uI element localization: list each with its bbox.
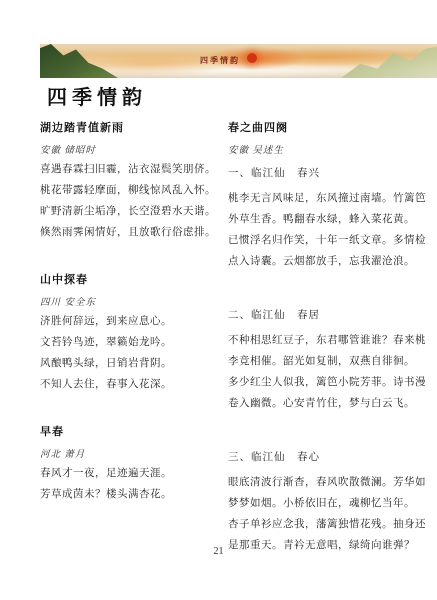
poem-line: 李竞相催。韶光如复制，双燕自徘徊。 xyxy=(228,351,430,372)
poem-line: 倏然雨霁闲情好，且放歌行俗虑排。 xyxy=(40,222,222,243)
poem-line: 多少红尘人似我，篱笆小院芳菲。诗书漫 xyxy=(228,372,430,393)
poem-line: 济胜何辞远，到来应息心。 xyxy=(40,311,222,332)
page-number: 21 xyxy=(0,546,437,557)
poem-author: 安徽 吴述生 xyxy=(228,142,430,156)
poem-line: 外草生香。鸭翻春水绿，蜂入菜花黄。 xyxy=(228,209,430,230)
page-title: 四季情韵 xyxy=(47,81,147,110)
poem-title: 早春 xyxy=(40,423,222,439)
poem-section-1: 一、临江仙 春兴 桃李无言风味足，东风撞过南墙。竹篱笆 外草生香。鸭翻春水绿，蜂… xyxy=(228,163,430,272)
poem-line: 不种相思红豆子，东君哪管谁谁？春来桃 xyxy=(228,330,430,351)
poem-line: 卷入幽微。心安青竹住，梦与白云飞。 xyxy=(228,393,430,414)
sun-icon xyxy=(247,53,257,63)
poem-line: 桃花带露轻摩面，柳线惊风乱入怀。 xyxy=(40,180,222,201)
section-heading: 二、临江仙 春居 xyxy=(228,305,430,326)
banner-caption: 四季情韵 xyxy=(200,55,240,66)
poem-line: 风酿鸭头绿，日销岩背阴。 xyxy=(40,353,222,374)
header-banner-image: 四季情韵 xyxy=(40,44,437,78)
poem-line: 桃李无言风味足，东风撞过南墙。竹篱笆 xyxy=(228,188,430,209)
poem-line: 已惯浮名归作笑，十年一纸文章。多情检 xyxy=(228,230,430,251)
poem-author: 四川 安全东 xyxy=(40,294,222,308)
poem-line: 点入诗囊。云烟都放手，忘我濯沧浪。 xyxy=(228,251,430,272)
poem-title: 山中探春 xyxy=(40,271,222,287)
poem-line: 芳草成茵未？楼头满杏花。 xyxy=(40,484,222,505)
poem-section-3: 三、临江仙 春心 眼底清波行渐杳，春风吹散微澜。芳华如 梦梦如烟。小桥依旧在，魂… xyxy=(228,447,430,556)
poem-chunzhiqu: 春之曲四阕 安徽 吴述生 一、临江仙 春兴 桃李无言风味足，东风撞过南墙。竹篱笆… xyxy=(228,119,430,556)
poem-author: 河北 萧月 xyxy=(40,446,222,460)
poem-section-2: 二、临江仙 春居 不种相思红豆子，东君哪管谁谁？春来桃 李竞相催。韶光如复制，双… xyxy=(228,305,430,414)
section-heading: 一、临江仙 春兴 xyxy=(228,163,430,184)
poem-title: 湖边踏青值新雨 xyxy=(40,119,222,135)
section-heading: 三、临江仙 春心 xyxy=(228,447,430,468)
poem-zaochun: 早春 河北 萧月 春风才一夜，足迹遍天涯。 芳草成茵未？楼头满杏花。 xyxy=(40,423,222,505)
poem-hubian-taqing: 湖边踏青值新雨 安徽 储昭时 喜遇春霖扫旧霾，沾衣湿鬓笑朋侪。 桃花带露轻摩面，… xyxy=(40,119,222,243)
right-column: 春之曲四阕 安徽 吴述生 一、临江仙 春兴 桃李无言风味足，东风撞过南墙。竹篱笆… xyxy=(228,119,430,556)
poem-line: 眼底清波行渐杳，春风吹散微澜。芳华如 xyxy=(228,472,430,493)
poem-line: 旷野清新尘垢净，长空澄碧水天谐。 xyxy=(40,201,222,222)
poem-line: 喜遇春霖扫旧霾，沾衣湿鬓笑朋侪。 xyxy=(40,159,222,180)
poem-author: 安徽 储昭时 xyxy=(40,142,222,156)
poem-line: 不知人去住，春事入花深。 xyxy=(40,374,222,395)
poem-line: 文苔钤鸟迹，翠籁始龙吟。 xyxy=(40,332,222,353)
poem-shanzhong-tanchun: 山中探春 四川 安全东 济胜何辞远，到来应息心。 文苔钤鸟迹，翠籁始龙吟。 风酿… xyxy=(40,271,222,395)
poem-line: 春风才一夜，足迹遍天涯。 xyxy=(40,463,222,484)
left-column: 湖边踏青值新雨 安徽 储昭时 喜遇春霖扫旧霾，沾衣湿鬓笑朋侪。 桃花带露轻摩面，… xyxy=(40,119,222,505)
poem-line: 杏子单衫应念我，藩篱独惜花残。抽身还 xyxy=(228,514,430,535)
poem-title: 春之曲四阕 xyxy=(228,119,430,135)
poem-line: 梦梦如烟。小桥依旧在，魂柳忆当年。 xyxy=(228,493,430,514)
